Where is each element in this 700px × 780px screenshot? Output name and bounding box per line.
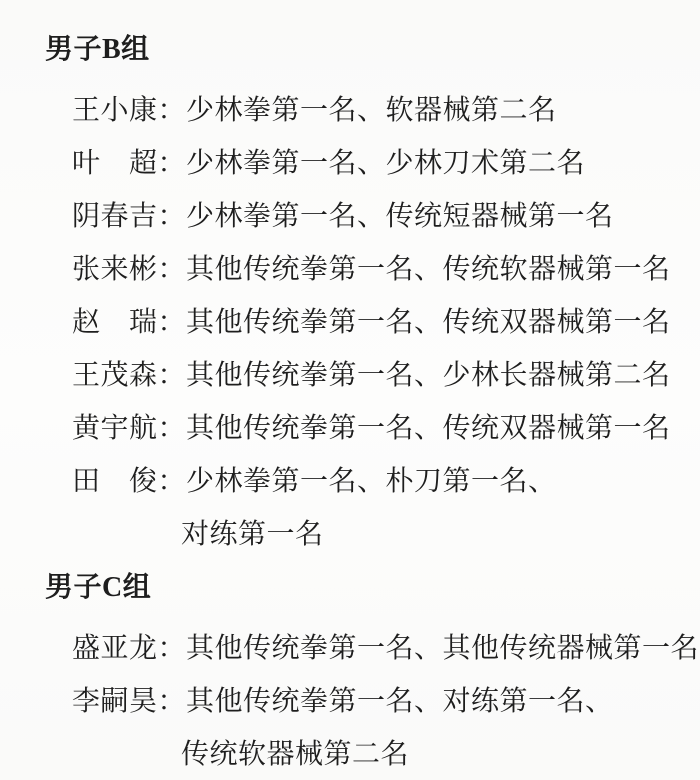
results-continuation: 传统软器械第二名 [0, 728, 700, 780]
colon: ： [158, 633, 187, 664]
results-text: 其他传统拳第一名、传统双器械第一名 [186, 413, 671, 444]
athlete-name: 叶 超 [72, 148, 158, 179]
colon: ： [158, 148, 187, 179]
section-heading-text: 男子B组 [45, 34, 150, 65]
colon: ： [158, 466, 187, 497]
results-text: 其他传统拳第一名、对练第一名、 [186, 686, 614, 717]
result-entry: 黄宇航：其他传统拳第一名、传统双器械第一名 [0, 402, 700, 455]
colon: ： [158, 254, 187, 285]
athlete-name: 黄宇航 [72, 413, 158, 444]
document-page: 男子B组 王小康：少林拳第一名、软器械第二名 叶 超：少林拳第一名、少林刀术第二… [0, 0, 700, 780]
result-entry: 盛亚龙：其他传统拳第一名、其他传统器械第一名 [0, 622, 700, 675]
section-heading-group-b: 男子B组 [0, 23, 700, 76]
result-entry: 田 俊：少林拳第一名、朴刀第一名、 [0, 455, 700, 508]
athlete-name: 阴春吉 [72, 201, 158, 232]
athlete-name: 赵 瑞 [72, 307, 158, 338]
results-text: 少林拳第一名、软器械第二名 [186, 95, 557, 126]
results-text: 少林拳第一名、朴刀第一名、 [186, 466, 557, 497]
athlete-name: 王茂森 [72, 360, 158, 391]
colon: ： [158, 686, 187, 717]
athlete-name: 张来彬 [72, 254, 158, 285]
results-text: 其他传统拳第一名、少林长器械第二名 [186, 360, 671, 391]
athlete-name: 王小康 [72, 95, 158, 126]
result-entry: 阴春吉：少林拳第一名、传统短器械第一名 [0, 190, 700, 243]
result-entry: 叶 超：少林拳第一名、少林刀术第二名 [0, 137, 700, 190]
athlete-name: 李嗣昊 [72, 686, 158, 717]
colon: ： [158, 307, 187, 338]
results-continuation: 对练第一名 [0, 508, 700, 561]
athlete-name: 盛亚龙 [72, 633, 158, 664]
results-text: 其他传统拳第一名、传统软器械第一名 [186, 254, 671, 285]
colon: ： [158, 413, 187, 444]
result-entry: 张来彬：其他传统拳第一名、传统软器械第一名 [0, 243, 700, 296]
results-text: 传统软器械第二名 [181, 739, 409, 770]
results-text: 其他传统拳第一名、传统双器械第一名 [186, 307, 671, 338]
section-heading-text: 男子C组 [45, 572, 151, 603]
result-entry: 赵 瑞：其他传统拳第一名、传统双器械第一名 [0, 296, 700, 349]
colon: ： [158, 95, 187, 126]
result-entry: 王小康：少林拳第一名、软器械第二名 [0, 84, 700, 137]
results-text: 少林拳第一名、传统短器械第一名 [186, 201, 614, 232]
results-text: 少林拳第一名、少林刀术第二名 [186, 148, 585, 179]
colon: ： [158, 360, 187, 391]
result-entry: 李嗣昊：其他传统拳第一名、对练第一名、 [0, 675, 700, 728]
results-text: 其他传统拳第一名、其他传统器械第一名 [186, 633, 699, 664]
results-text: 对练第一名 [181, 519, 324, 550]
section-heading-group-c: 男子C组 [0, 561, 700, 614]
athlete-name: 田 俊 [72, 466, 158, 497]
result-entry: 王茂森：其他传统拳第一名、少林长器械第二名 [0, 349, 700, 402]
colon: ： [158, 201, 187, 232]
